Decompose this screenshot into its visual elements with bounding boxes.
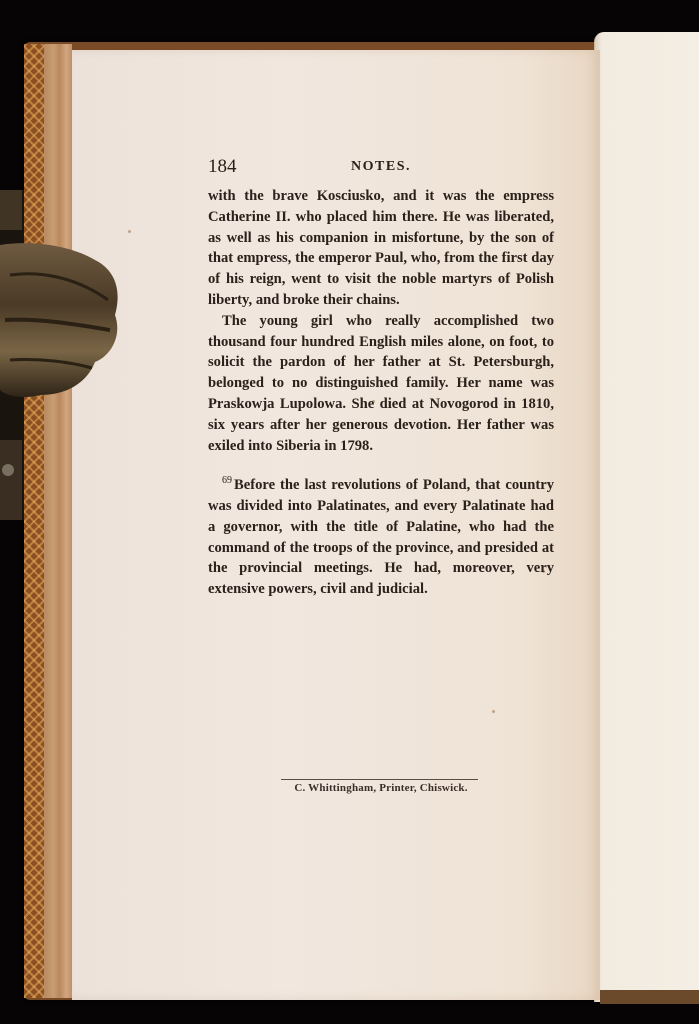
footnote-text: Before the last revolutions of Poland, t…	[208, 477, 554, 597]
carved-clasp-icon	[0, 190, 122, 520]
printer-imprint: C. Whittingham, Printer, Chiswick.	[270, 782, 492, 794]
footnote-69: 69Before the last revolutions of Poland,…	[208, 471, 554, 600]
imprint-rule	[281, 779, 478, 780]
page-header: 184 NOTES.	[208, 156, 554, 180]
facing-page-cover-edge	[600, 990, 699, 1004]
gilt-tooled-edge	[24, 44, 45, 998]
facing-page	[594, 32, 699, 1002]
footnote-number: 69	[222, 475, 232, 486]
page-stack-edge	[44, 44, 72, 998]
body-text: with the brave Kosciusko, and it was the…	[208, 186, 554, 600]
paragraph-young-girl: The young girl who really accomplished t…	[208, 311, 554, 457]
paragraph-continuation: with the brave Kosciusko, and it was the…	[208, 186, 554, 311]
running-head: NOTES.	[208, 159, 554, 175]
